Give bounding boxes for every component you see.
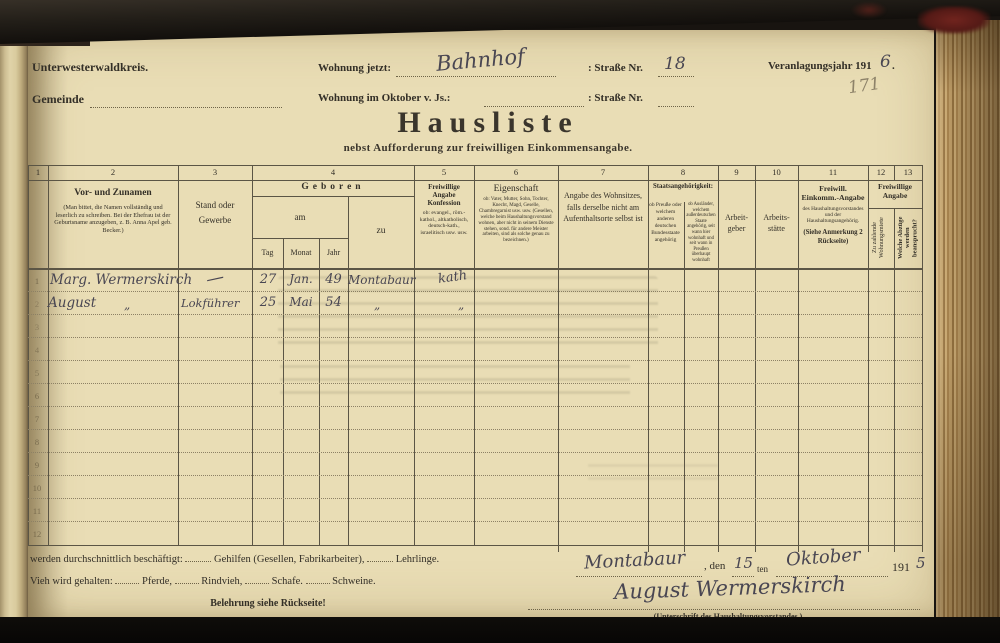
page-gutter-edge — [0, 28, 28, 620]
header-konfession-title: Freiwillige Angabe Konfession — [416, 183, 472, 207]
header-arbeitsstaette: Arbeits-stätte — [755, 212, 798, 234]
entry-stand-row1-flourish: — — [204, 267, 224, 291]
footer-line1-c: Lehrlinge. — [396, 554, 439, 565]
row-number: 12 — [28, 529, 46, 539]
strasse-nr-blank-1 — [658, 75, 694, 77]
book-bottom-shadow — [0, 617, 1000, 643]
footer-line1-a: werden durchschnittlich beschäftigt: — [30, 554, 183, 565]
header-geboren-am: am — [252, 212, 348, 222]
column-tick — [922, 545, 923, 552]
footer-blank — [185, 560, 211, 562]
row-number: 2 — [28, 299, 46, 309]
col-number-7: 7 — [558, 167, 648, 177]
grid-line — [474, 165, 475, 545]
grid-line — [558, 165, 559, 545]
col-number-2: 2 — [48, 167, 178, 177]
entry-jahr-row1: 49 — [319, 272, 348, 287]
entry-name-row2: August — [48, 295, 96, 311]
header-wohnungsmiete-vertical: Zu zahlende Wohnungsmiete — [871, 210, 891, 266]
header-staatsangehoerigkeit-a: ob Preuße oder welchem anderen deutschen… — [649, 202, 682, 244]
row-number: 4 — [28, 345, 46, 355]
header-staatsangehoerigkeit-b: ob Ausländer, welchem außerdeutschen Sta… — [685, 202, 717, 264]
footer-line1: werden durchschnittlich beschäftigt: Geh… — [30, 554, 439, 565]
den-label: , den — [704, 560, 725, 572]
cover-red-mark-small — [852, 2, 886, 18]
reverse-page-bleedthrough — [588, 460, 718, 486]
row-line — [28, 521, 922, 522]
column-tick — [755, 545, 756, 552]
col-number-1: 1 — [28, 167, 48, 177]
header-einkommen-note2: (Siehe Anmerkung 2 Rückseite) — [802, 228, 864, 246]
header-geboren-zu: zu — [348, 226, 414, 236]
col-number-11: 11 — [798, 167, 868, 177]
row-line — [28, 360, 922, 361]
grid-line — [48, 165, 49, 545]
header-names-note: (Man bittet, die Namen vollständig und l… — [52, 204, 174, 234]
header-tag: Tag — [252, 248, 283, 257]
entry-konfession-ditto-row2: „ — [458, 298, 464, 312]
header-monat: Monat — [283, 248, 319, 257]
grid-line — [894, 208, 895, 545]
header-abzuege-vertical: Welche Abzüge werden beansprucht? — [897, 210, 919, 266]
footer-line2-d: Schafe. — [272, 576, 303, 587]
wohnung-jetzt-label: Wohnung jetzt: — [318, 62, 391, 74]
row-line — [28, 406, 922, 407]
footer-blank — [115, 582, 139, 584]
column-tick — [868, 545, 869, 552]
reverse-page-bleedthrough — [278, 276, 658, 350]
col-number-6: 6 — [474, 167, 558, 177]
footer-line2: Vieh wird gehalten: Pferde, Rindvieh, Sc… — [30, 576, 376, 587]
ten-label: ten — [757, 564, 768, 574]
form-title: Hausliste — [228, 106, 748, 140]
header-eigenschaft-title: Eigenschaft — [476, 184, 556, 194]
strasse-nr-label-2: : Straße Nr. — [588, 92, 643, 104]
col-number-12: 12 — [868, 167, 894, 177]
row-number: 1 — [28, 276, 46, 286]
hausliste-form-page: Unterwesterwaldkreis. Gemeinde Wohnung j… — [28, 30, 934, 618]
month-handwriting: Oktober — [785, 544, 861, 570]
veranlagungsjahr-period: . — [892, 60, 895, 72]
strasse-nr-label-1: : Straße Nr. — [588, 62, 643, 74]
signature-blank-line — [528, 608, 920, 610]
district-label: Unterwesterwaldkreis. — [32, 60, 148, 75]
footer-line1-b: Gehilfen (Gesellen, Fabrikarbeiter), — [214, 554, 364, 565]
book-photo: { "header": { "district": "Unterwesterwa… — [0, 0, 1000, 643]
grid-line — [414, 165, 415, 545]
entry-name-row1: Marg. Wermerskirch — [50, 272, 192, 288]
grid-line — [252, 165, 253, 545]
page-number-pencil: 171 — [847, 74, 882, 98]
entry-jahr-row2: 54 — [319, 295, 348, 310]
grid-line — [252, 196, 414, 197]
form-subtitle: nebst Aufforderung zur freiwilligen Eink… — [228, 142, 748, 154]
year-handwriting: 5 — [916, 554, 926, 572]
cover-red-wax-mark — [918, 6, 990, 34]
header-names-title: Vor- und Zunamen — [52, 188, 174, 198]
entry-monat-row1: Jan. — [283, 272, 319, 286]
grid-line — [252, 238, 348, 239]
entry-tag-row2: 25 — [254, 295, 282, 310]
footer-belehrung: Belehrung siehe Rückseite! — [148, 598, 388, 609]
grid-line — [798, 165, 799, 545]
footer-line2-e: Schweine. — [332, 576, 375, 587]
header-wohnsitz: Angabe des Wohnsitzes, falls derselbe ni… — [560, 190, 646, 225]
row-line — [28, 452, 922, 453]
column-tick — [894, 545, 895, 552]
grid-line — [28, 545, 922, 546]
entry-tag-row1: 27 — [254, 272, 282, 287]
header-arbeitgeber: Arbeit-geber — [718, 212, 755, 234]
wohnung-jetzt-blank — [396, 75, 556, 77]
row-number: 3 — [28, 322, 46, 332]
col-number-3: 3 — [178, 167, 252, 177]
day-handwriting: 15 — [734, 554, 753, 572]
row-number: 8 — [28, 437, 46, 447]
row-number: 6 — [28, 391, 46, 401]
row-number: 9 — [28, 460, 46, 470]
footer-line2-b: Pferde, — [142, 576, 172, 587]
veranlagungsjahr-value-handwriting: 6 — [880, 52, 891, 72]
entry-name-ditto-row2: „ — [124, 298, 130, 312]
wohnung-oktober-label: Wohnung im Oktober v. Js.: — [318, 92, 450, 104]
header-freiwillige-angabe-group: Freiwillige Angabe — [868, 183, 922, 200]
col-number-4: 4 — [252, 167, 414, 177]
footer-blank — [367, 560, 393, 562]
header-geboren-group: Geboren — [252, 182, 414, 192]
col-number-8: 8 — [648, 167, 718, 177]
row-number: 5 — [28, 368, 46, 378]
header-stand-gewerbe: Stand oder Gewerbe — [178, 198, 252, 228]
reverse-page-bleedthrough — [280, 362, 630, 400]
header-eigenschaft-note: ob: Vater, Mutter, Sohn, Tochter, Knecht… — [477, 197, 555, 244]
row-number: 7 — [28, 414, 46, 424]
footer-blank — [306, 582, 330, 584]
fore-edge-shading — [936, 20, 1000, 626]
col-number-10: 10 — [755, 167, 798, 177]
entry-stand-row2: Lokführer — [181, 296, 239, 310]
wohnung-jetzt-value-handwriting: Bahnhof — [435, 44, 526, 76]
footer-blank — [245, 582, 269, 584]
header-einkommen-note: des Haushaltungsvorstandes und der Haush… — [802, 206, 864, 225]
grid-line — [28, 165, 922, 166]
row-number: 10 — [28, 483, 46, 493]
header-konfession-note: ob: evangel., röm.-kathol., altkatholisc… — [418, 210, 470, 236]
col-number-13: 13 — [894, 167, 922, 177]
gemeinde-label: Gemeinde — [32, 92, 84, 107]
entry-geburtsort-row1: Montabaur — [348, 273, 416, 287]
place-handwriting: Montabaur — [584, 547, 686, 573]
footer-blank — [175, 582, 199, 584]
footer-line2-c: Rindvieh, — [201, 576, 242, 587]
row-line — [28, 498, 922, 499]
entry-monat-row2: Mai — [283, 295, 319, 309]
row-line — [28, 429, 922, 430]
veranlagungsjahr-label: Veranlagungsjahr 191 — [768, 60, 872, 72]
header-jahr: Jahr — [319, 248, 348, 257]
grid-line — [868, 165, 869, 545]
entry-geburtsort-ditto-row2: „ — [374, 298, 380, 312]
header-staatsangehoerigkeit-title: Staatsangehörigkeit: — [648, 183, 718, 191]
column-tick — [558, 545, 559, 552]
header-einkommen-title: Freiwill. Einkomm.-Angabe — [800, 184, 866, 202]
row-number: 11 — [28, 506, 46, 516]
grid-line — [28, 268, 922, 270]
grid-line — [28, 180, 922, 181]
column-tick — [718, 545, 719, 552]
header-stand-gewerbe-text: Stand oder Gewerbe — [191, 198, 239, 228]
col-number-5: 5 — [414, 167, 474, 177]
col-number-9: 9 — [718, 167, 755, 177]
strasse-nr-value-handwriting: 18 — [664, 54, 686, 74]
grid-line — [922, 165, 923, 545]
row-line — [28, 475, 922, 476]
footer-line2-a: Vieh wird gehalten: — [30, 576, 113, 587]
grid-line — [868, 208, 922, 209]
